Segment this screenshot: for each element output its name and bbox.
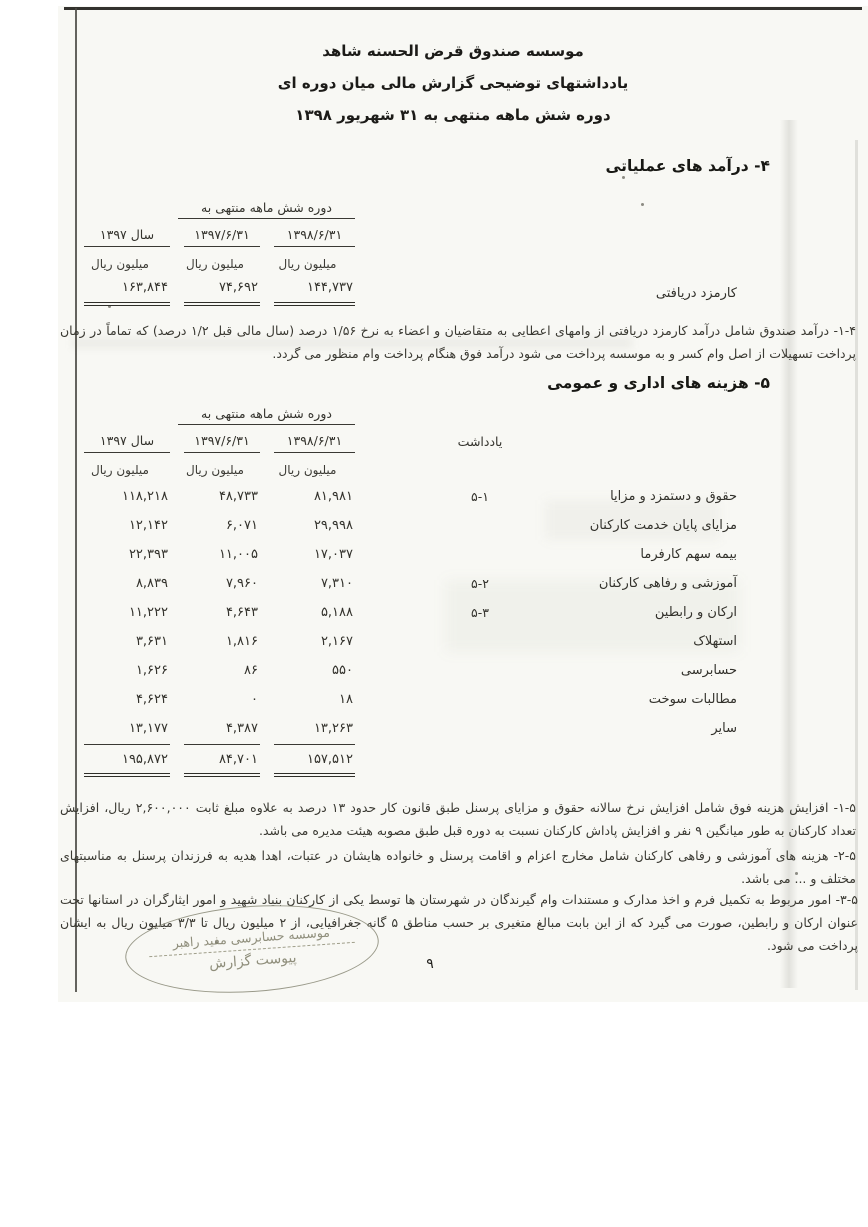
value-1398: ۲,۱۶۷ [274,634,355,654]
col-header-year-1397: سال ۱۳۹۷ [84,227,170,247]
section-5-title: ۵- هزینه های اداری و عمومی [547,374,770,392]
col-header-note: یادداشت [430,434,530,453]
expense-row-label: آموزشی و رفاهی کارکنان [530,576,745,596]
col-header-1397: ۱۳۹۷/۶/۳۱ [184,227,260,247]
expense-row-label: بیمه سهم کارفرما [530,547,745,567]
value-1397: ۶,۰۷۱ [184,518,260,538]
value-year-1397: ۱۱۸,۲۱۸ [84,489,170,509]
value-1397: ۷۴,۶۹۲ [184,280,260,306]
note-ref: ۵-۱ [430,489,530,509]
value-1398: ۱۴۴,۷۳۷ [274,280,355,306]
value-1397: ۴,۳۸۷ [184,721,260,741]
unit-label: میلیون ریال [170,257,260,274]
value-1398: ۲۹,۹۹۸ [274,518,355,538]
value-year-1397: ۱۳,۱۷۷ [84,721,170,741]
expense-row-label: مطالبات سوخت [530,692,745,712]
unit-label: میلیون ریال [70,463,170,480]
note-ref [430,735,530,741]
table-header-row: ۱۳۹۸/۶/۳۱ ۱۳۹۷/۶/۳۱ سال ۱۳۹۷ [70,219,745,247]
table-span-header-row: دوره شش ماهه منتهی به [70,193,745,219]
value-1398: ۷,۳۱۰ [274,576,355,596]
note-ref [430,706,530,712]
report-title: یادداشتهای توضیحی گزارش مالی میان دوره ا… [40,74,866,92]
expense-row-label: حقوق و دستمزد و مزایا [530,489,745,509]
table-unit-row: میلیون ریال میلیون ریال میلیون ریال [70,247,745,274]
value-year-1397: ۳,۶۳۱ [84,634,170,654]
period-span-header: دوره شش ماهه منتهی به [178,200,355,219]
table-row: بیمه سهم کارفرما ۱۷,۰۳۷ ۱۱,۰۰۵ ۲۲,۳۹۳ [70,538,745,567]
value-1397: ۱,۸۱۶ [184,634,260,654]
table-header-row: یادداشت ۱۳۹۸/۶/۳۱ ۱۳۹۷/۶/۳۱ سال ۱۳۹۷ [70,425,745,453]
value-1398: ۵۵۰ [274,663,355,683]
note-ref: ۵-۲ [430,576,530,596]
value-year-1397: ۱۱,۲۲۲ [84,605,170,625]
stamp-caption: پیوست گزارش [209,949,297,971]
total-1398: ۱۵۷,۵۱۲ [274,744,355,777]
value-1398: ۱۳,۲۶۳ [274,721,355,741]
value-1397: ۰ [184,692,260,712]
col-header-1397: ۱۳۹۷/۶/۳۱ [184,433,260,453]
period-span-header: دوره شش ماهه منتهی به [178,406,355,425]
col-header-1398: ۱۳۹۸/۶/۳۱ [274,433,355,453]
value-year-1397: ۱۶۳,۸۴۴ [84,280,170,306]
expense-row-label: ارکان و رابطین [530,605,745,625]
value-1397: ۷,۹۶۰ [184,576,260,596]
table-row: مزایای پایان خدمت کارکنان ۲۹,۹۹۸ ۶,۰۷۱ ۱… [70,509,745,538]
value-1397: ۴۸,۷۳۳ [184,489,260,509]
value-year-1397: ۸,۸۳۹ [84,576,170,596]
table-span-header-row: دوره شش ماهه منتهی به [70,399,745,425]
income-row-label: کارمزد دریافتی [430,286,745,306]
table-row: مطالبات سوخت ۱۸ ۰ ۴,۶۲۴ [70,683,745,712]
operating-income-table: دوره شش ماهه منتهی به ۱۳۹۸/۶/۳۱ ۱۳۹۷/۶/۳… [70,193,745,306]
table-row: سایر ۱۳,۲۶۳ ۴,۳۸۷ ۱۳,۱۷۷ [70,712,745,741]
table-row: آموزشی و رفاهی کارکنان ۵-۲ ۷,۳۱۰ ۷,۹۶۰ ۸… [70,567,745,596]
report-period: دوره شش ماهه منتهی به ۳۱ شهریور ۱۳۹۸ [40,106,866,124]
stamp-org-name: موسسه حسابرسی مفید راهبر [172,924,330,950]
value-year-1397: ۱,۶۲۶ [84,663,170,683]
section-4-title: ۴- درآمد های عملیاتی [605,157,770,175]
value-1398: ۱۸ [274,692,355,712]
admin-expenses-table: دوره شش ماهه منتهی به یادداشت ۱۳۹۸/۶/۳۱ … [70,399,745,777]
scan-top-border [64,7,862,10]
value-year-1397: ۲۲,۳۹۳ [84,547,170,567]
note-5-2: ۲-۵- هزینه های آموزشی و رفاهی کارکنان شا… [60,844,856,890]
value-1397: ۱۱,۰۰۵ [184,547,260,567]
total-year-1397: ۱۹۵,۸۷۲ [84,744,170,777]
note-ref: ۵-۳ [430,605,530,625]
document-header: موسسه صندوق قرض الحسنه شاهد یادداشتهای ت… [40,42,866,138]
expense-row-label: حسابرسی [530,663,745,683]
note-4-1: ۱-۴- درآمد صندوق شامل درآمد کارمزد دریاف… [60,319,856,365]
table-row: استهلاک ۲,۱۶۷ ۱,۸۱۶ ۳,۶۳۱ [70,625,745,654]
table-row: حقوق و دستمزد و مزایا ۵-۱ ۸۱,۹۸۱ ۴۸,۷۳۳ … [70,480,745,509]
col-header-year-1397: سال ۱۳۹۷ [84,433,170,453]
note-ref [430,561,530,567]
note-ref [430,648,530,654]
table-totals-row: ۱۵۷,۵۱۲ ۸۴,۷۰۱ ۱۹۵,۸۷۲ [70,741,745,777]
expense-row-label: مزایای پایان خدمت کارکنان [530,518,745,538]
expense-row-label: استهلاک [530,634,745,654]
expense-row-label: سایر [530,721,745,741]
value-year-1397: ۴,۶۲۴ [84,692,170,712]
org-name: موسسه صندوق قرض الحسنه شاهد [40,42,866,60]
table-row: کارمزد دریافتی ۱۴۴,۷۳۷ ۷۴,۶۹۲ ۱۶۳,۸۴۴ [70,274,745,306]
table-unit-row: میلیون ریال میلیون ریال میلیون ریال [70,453,745,480]
table-row: ارکان و رابطین ۵-۳ ۵,۱۸۸ ۴,۶۴۳ ۱۱,۲۲۲ [70,596,745,625]
unit-label: میلیون ریال [260,463,355,480]
note-ref [430,677,530,683]
value-1398: ۱۷,۰۳۷ [274,547,355,567]
note-ref [430,532,530,538]
value-1397: ۴,۶۴۳ [184,605,260,625]
unit-label: میلیون ریال [70,257,170,274]
col-header-1398: ۱۳۹۸/۶/۳۱ [274,227,355,247]
unit-label: میلیون ریال [170,463,260,480]
total-1397: ۸۴,۷۰۱ [184,744,260,777]
value-year-1397: ۱۲,۱۴۲ [84,518,170,538]
value-1398: ۸۱,۹۸۱ [274,489,355,509]
value-1397: ۸۶ [184,663,260,683]
unit-label: میلیون ریال [260,257,355,274]
scan-speckle [622,176,625,179]
value-1398: ۵,۱۸۸ [274,605,355,625]
note-5-1: ۱-۵- افزایش هزینه فوق شامل افزایش نرخ سا… [60,796,856,842]
page-number: ۹ [414,956,446,972]
table-row: حسابرسی ۵۵۰ ۸۶ ۱,۶۲۶ [70,654,745,683]
